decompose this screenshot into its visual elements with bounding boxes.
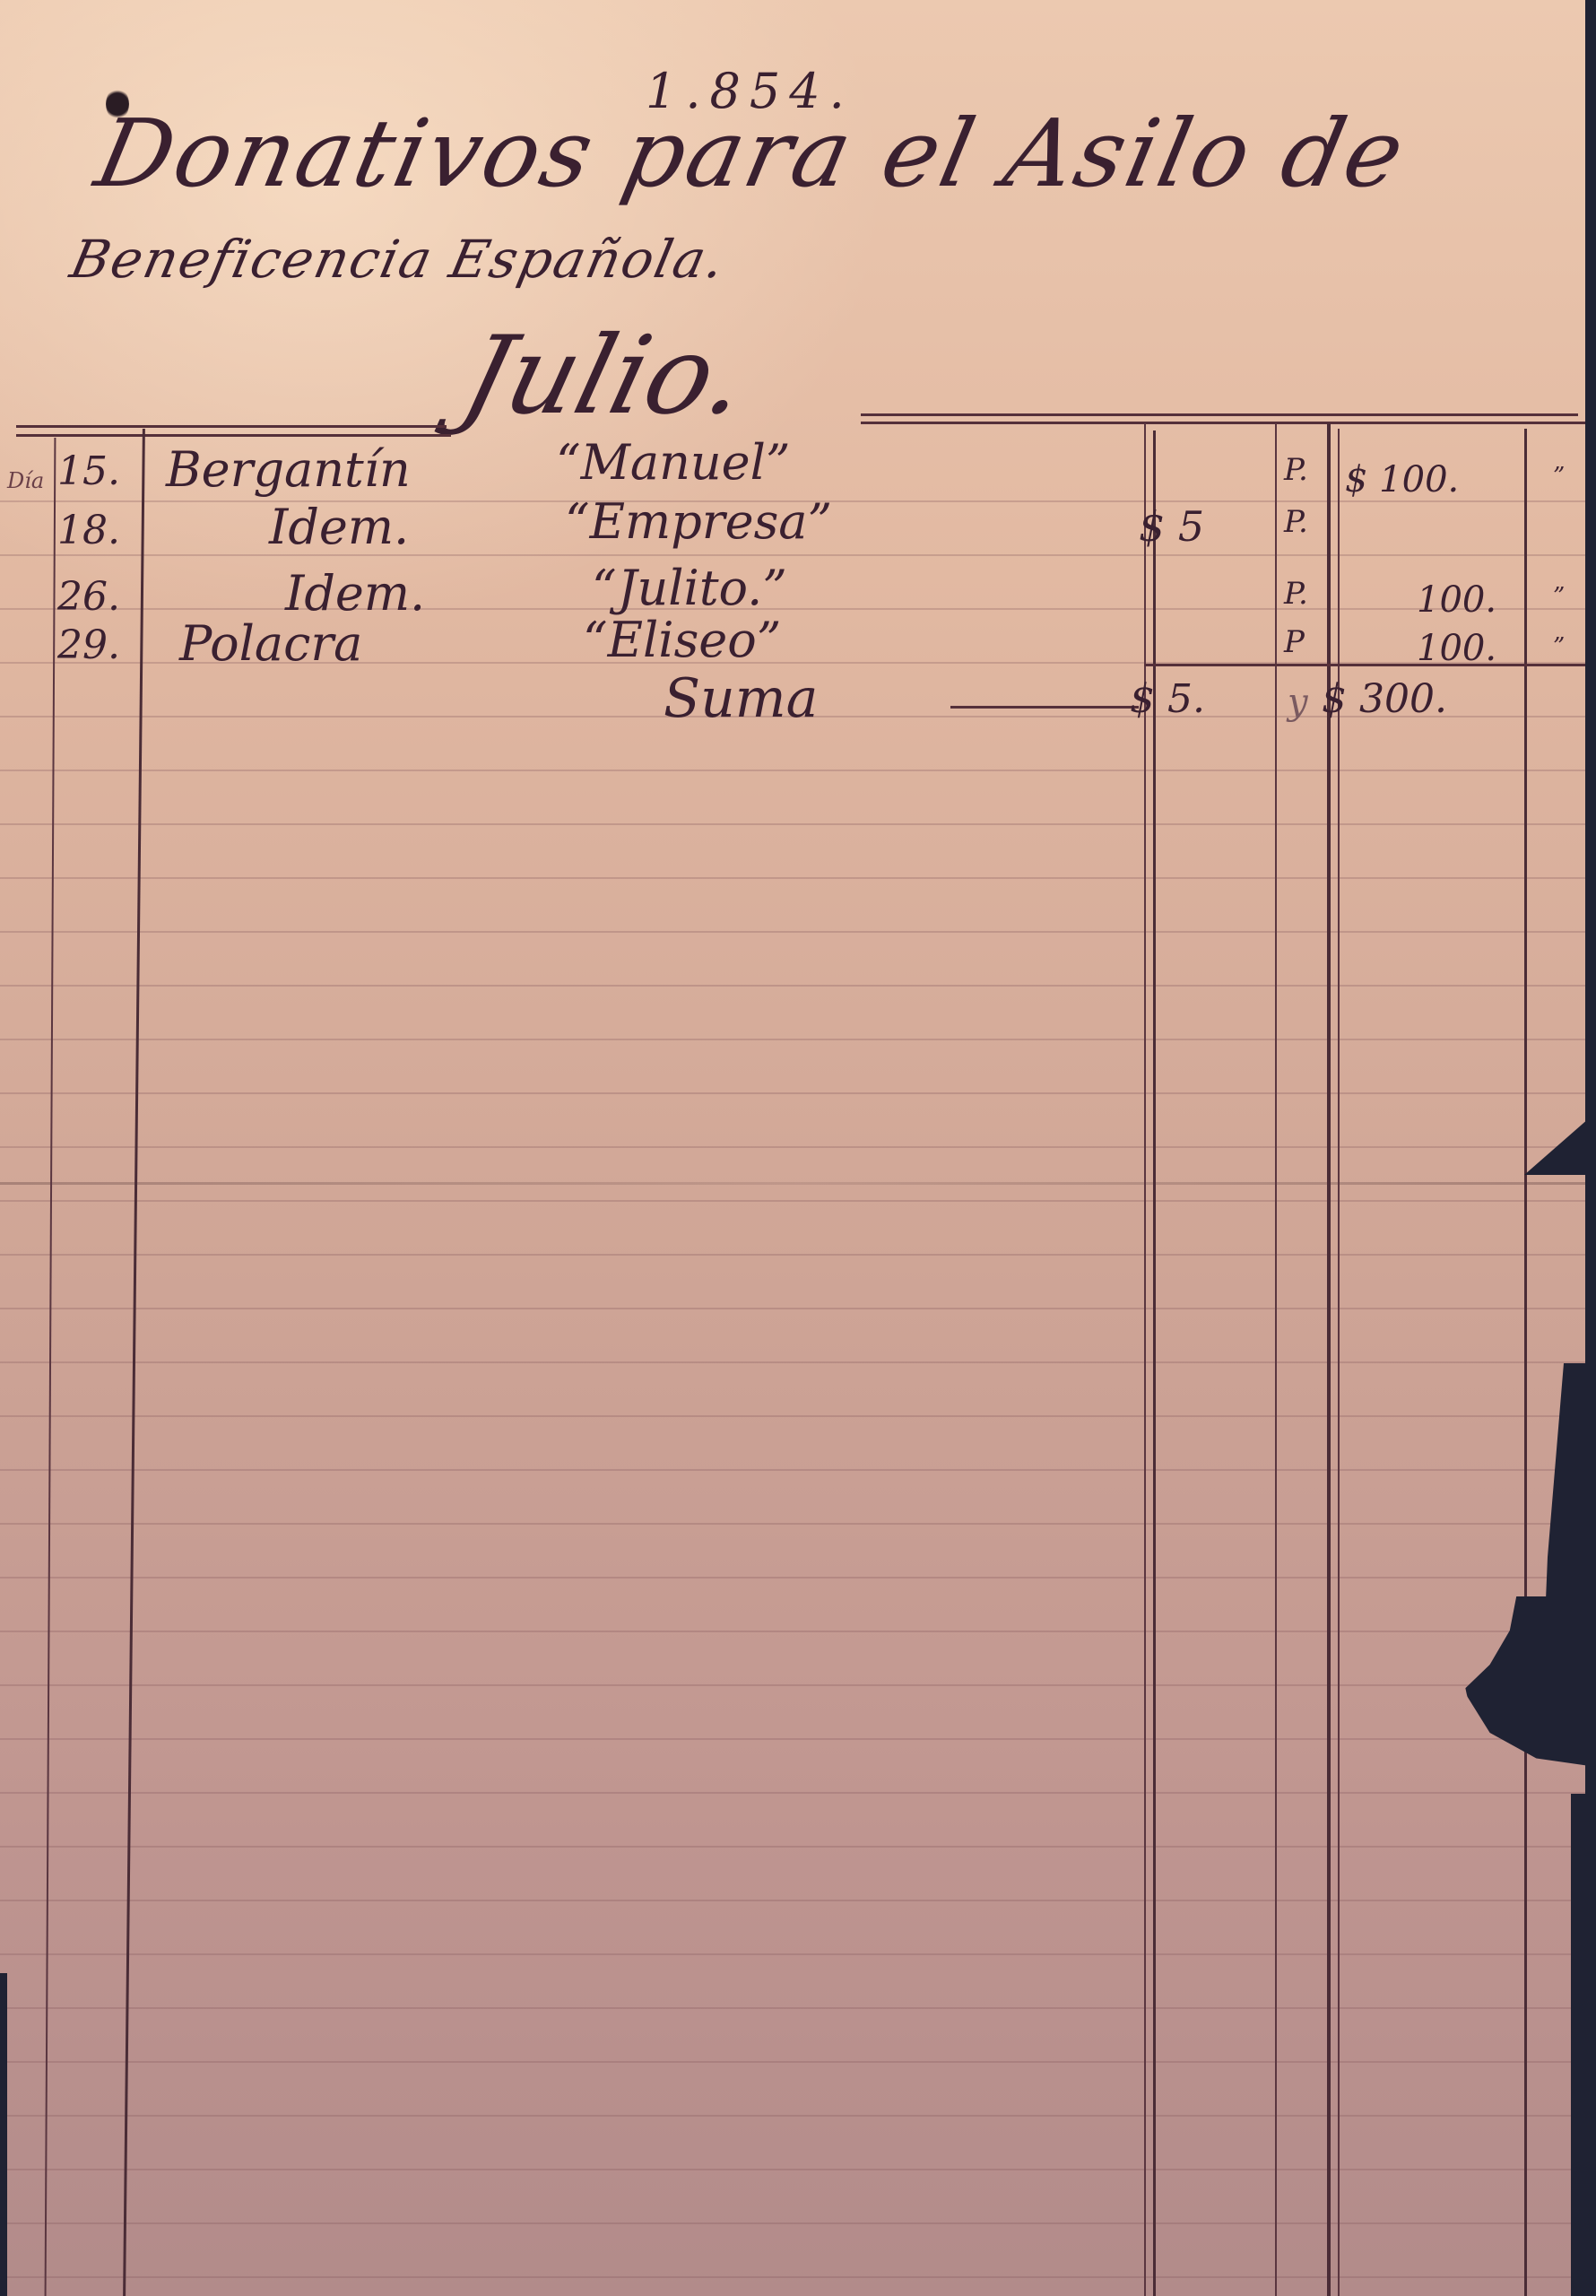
entry-tick: ”: [1553, 463, 1565, 490]
entry-vessel-name: “Empresa”: [565, 493, 832, 550]
entry-tick: ”: [1553, 583, 1565, 610]
total-conjunction: y: [1288, 682, 1308, 723]
entry-vessel-type: Polacra: [179, 615, 362, 672]
entry-tick: ”: [1553, 633, 1565, 660]
page-edge-left: [0, 1973, 7, 2296]
fold-crease: [0, 1182, 1596, 1185]
entry-amount: 100.: [1417, 579, 1496, 621]
total-rule: [1144, 664, 1596, 666]
entry-vessel-type: Bergantín: [166, 441, 411, 498]
header-rule-left-top: [16, 425, 447, 428]
entry-vessel-name: “Julito.”: [592, 560, 787, 616]
entry-mark: P.: [1284, 504, 1308, 540]
entry-day: 18.: [57, 508, 120, 553]
suma-leader: [950, 706, 1139, 709]
header-rule-right-bottom: [861, 422, 1596, 424]
torn-edge: [1571, 1794, 1596, 2296]
total-small-amount: $ 5.: [1130, 676, 1205, 722]
entry-day: 15.: [57, 448, 120, 494]
entry-day: 26.: [57, 574, 120, 620]
document-title: Donativos para el Asilo de: [87, 99, 1416, 208]
entry-vessel-name: “Eliseo”: [583, 612, 781, 668]
entry-amount: $ 100.: [1345, 459, 1459, 500]
column-line-mark: [1275, 423, 1277, 2296]
entry-vessel-name: “Manuel”: [556, 434, 790, 491]
entry-vessel-type: Idem.: [269, 499, 409, 555]
ledger-page: 1.854. Donativos para el Asilo de Benefi…: [0, 0, 1596, 2296]
column-line-cents: [1524, 429, 1527, 2296]
entry-vessel-type: Idem.: [285, 565, 425, 622]
document-subtitle: Beneficencia Española.: [65, 229, 732, 290]
entry-mark: P.: [1284, 452, 1308, 488]
total-amount: $ 300.: [1322, 676, 1447, 722]
day-label: Día: [7, 468, 44, 493]
entry-amount: 100.: [1417, 628, 1496, 669]
month-heading: Julio.: [451, 314, 760, 439]
entry-small-amount: $ 5: [1139, 502, 1204, 551]
entry-day: 29.: [57, 622, 120, 668]
entry-mark: P: [1284, 624, 1305, 660]
header-rule-left-bottom: [16, 434, 451, 437]
header-rule-right-top: [861, 413, 1578, 416]
entry-mark: P.: [1284, 576, 1308, 612]
total-label: Suma: [664, 667, 818, 730]
